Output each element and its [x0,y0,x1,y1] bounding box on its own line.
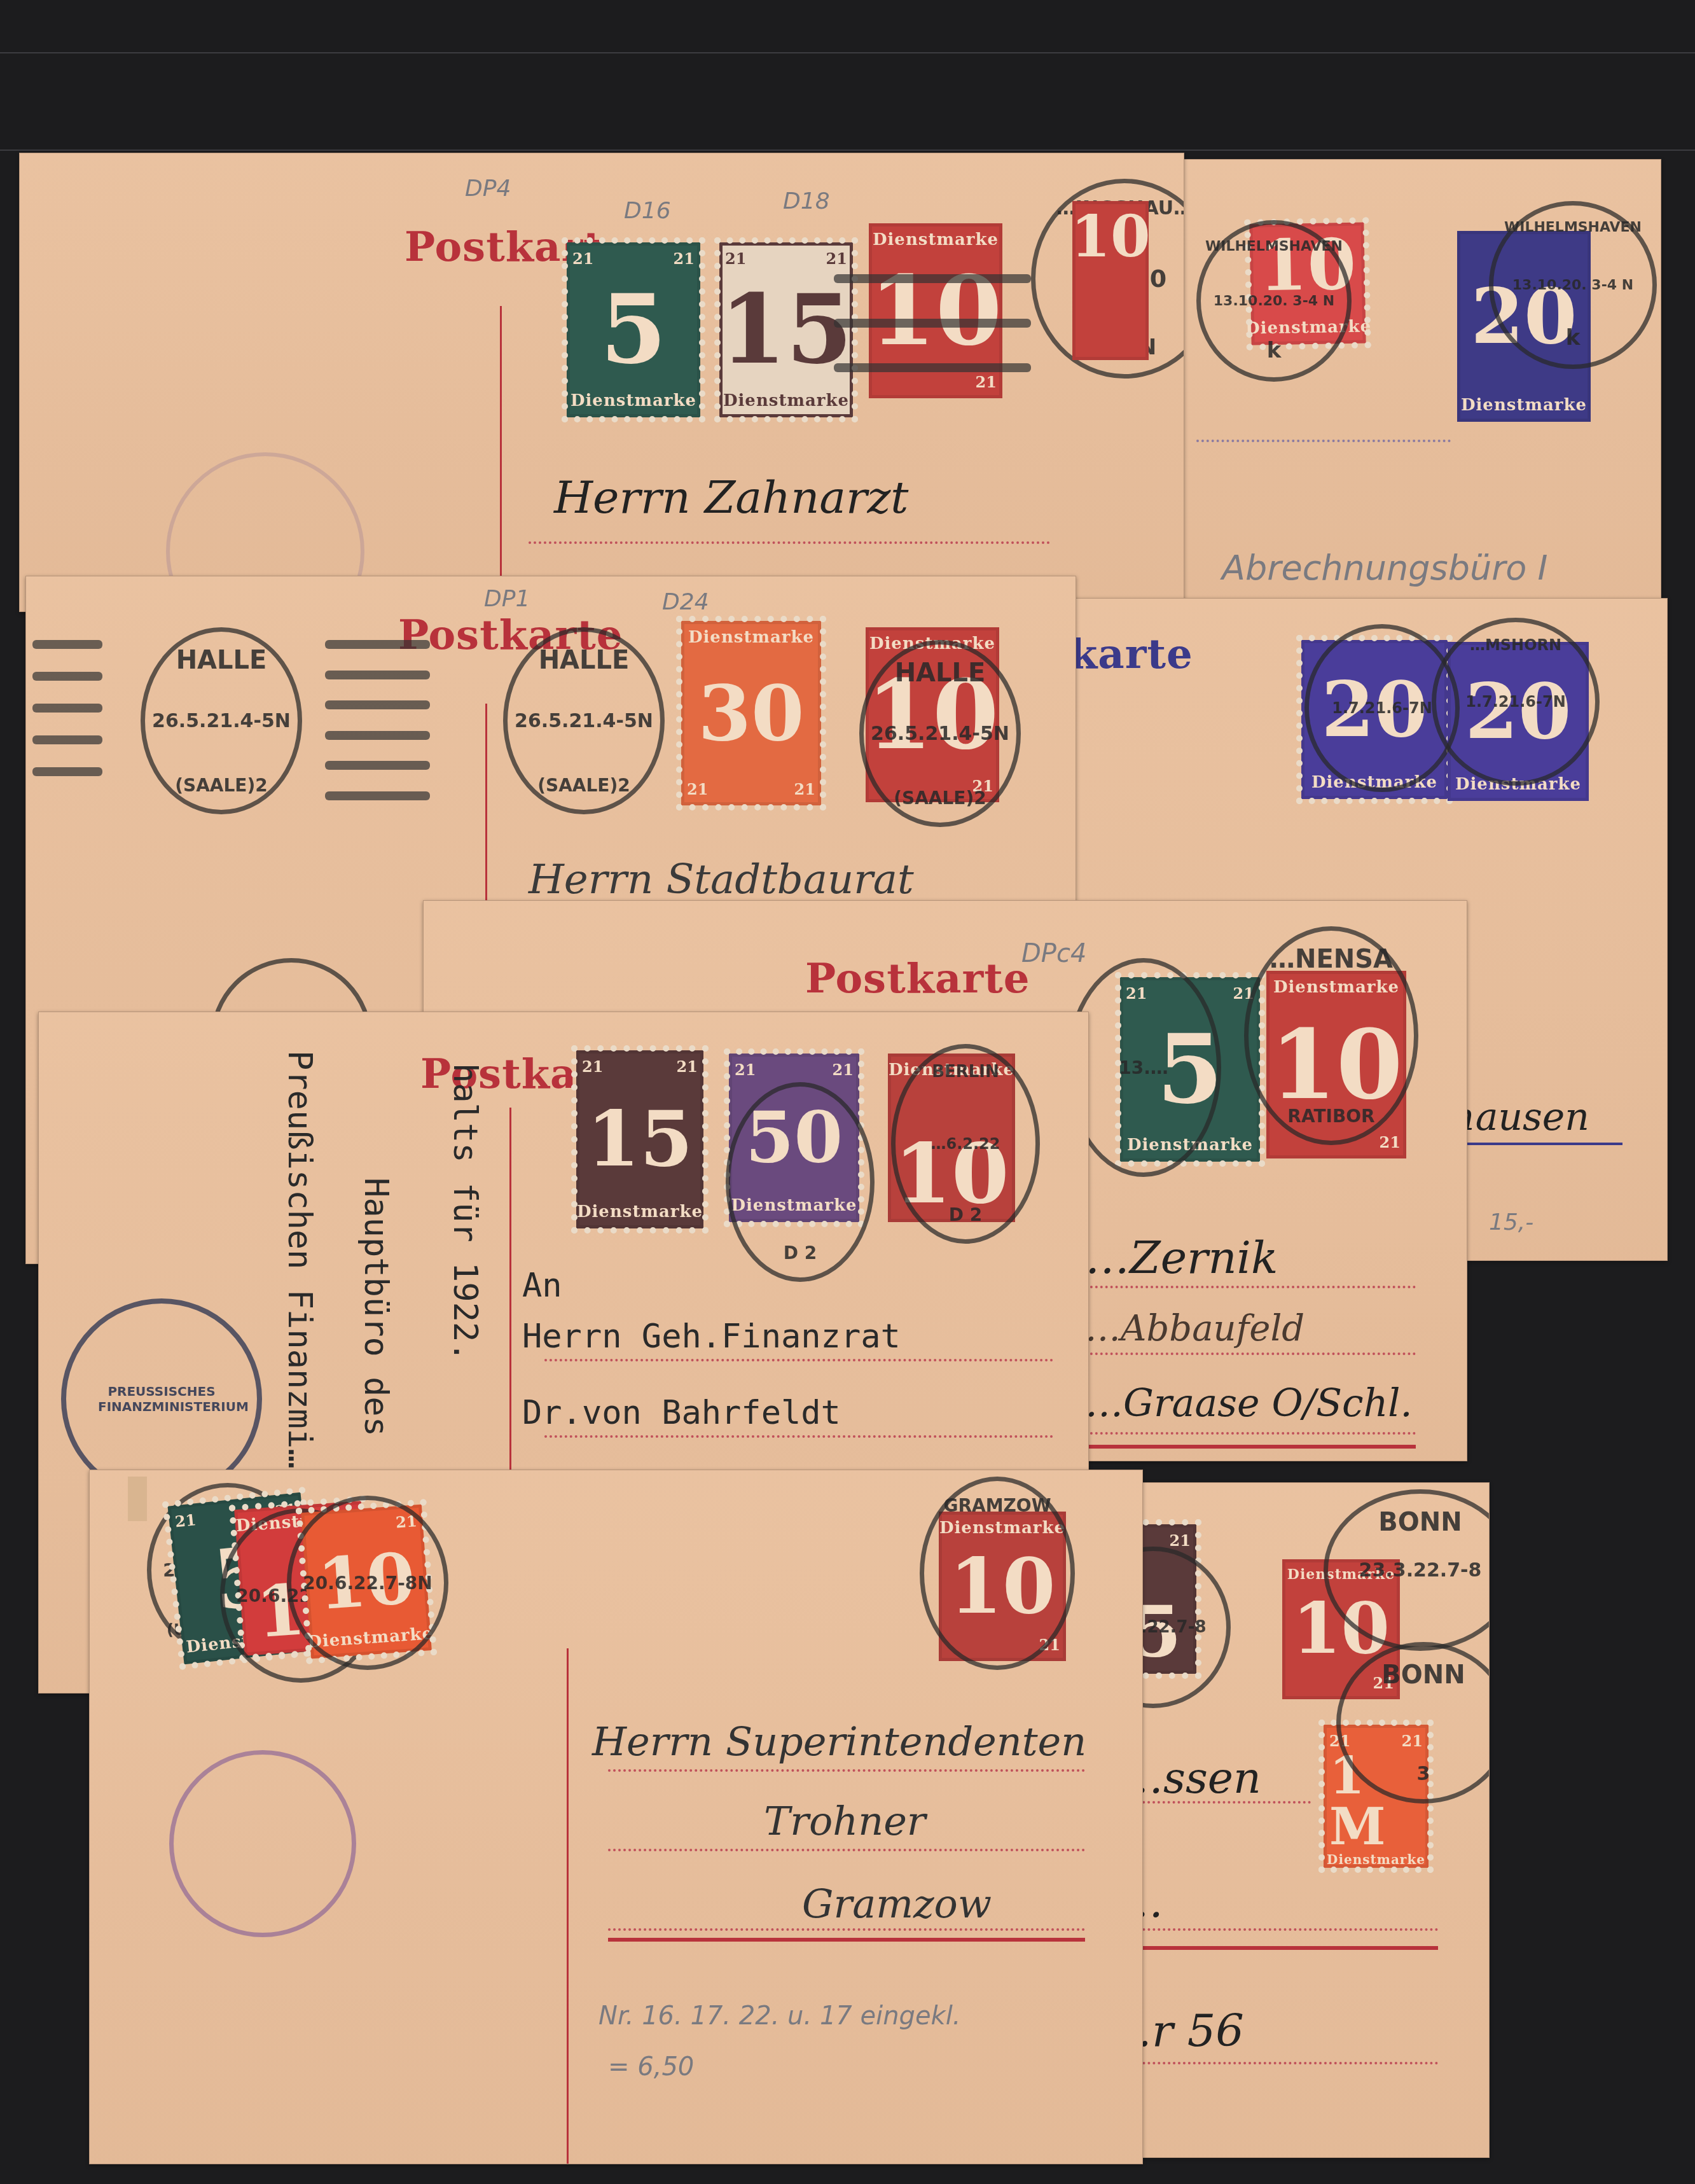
machine-cancel-wave [32,640,102,649]
typed-sender-line: halts für 1922. [446,1063,484,1362]
hinge-remnant [128,1477,147,1521]
typed-address-name: Herrn Geh.Finanzrat [522,1318,901,1356]
postmark-ratibor: …NENSA RATIBOR [1244,926,1418,1145]
pencil-note: D16 [624,198,671,224]
postmark-halle: HALLE 26.5.21.4-5N (SAALE)2 [859,640,1021,827]
postcard-gramzow: GRAMZOW 20.6.22.7-8N (UCKERMARK) 2121 5 … [89,1470,1143,2164]
machine-cancel-wave [325,671,430,679]
pencil-note: D18 [783,188,830,214]
machine-cancel-wave [325,791,430,800]
address-line [1196,440,1451,442]
machine-cancel-wave [834,363,1031,372]
pencil-note: = 6,50 [608,2052,694,2082]
address-line [544,1435,1053,1438]
postkarte-imprint: Postkarte [805,955,1030,1003]
album-sleeve-line [0,52,1695,53]
violet-official-seal: violet official seal [169,1750,356,1937]
machine-cancel-wave [834,274,1031,283]
machine-cancel-wave [32,672,102,681]
stamp-15-dienstmarke: 2121 15 Dienstmarke [576,1050,703,1228]
handwritten-address: Herrn Zahnarzt [554,471,908,524]
handwritten-address: …Abbaufeld [1085,1308,1304,1349]
postmark-wilhelmshaven-2: WILHELMSHAVEN 13.10.20. 3-4 N k [1489,201,1657,369]
pencil-note: DP4 [465,176,511,202]
machine-cancel-wave [32,767,102,776]
address-line [608,1769,1085,1772]
machine-cancel-wave [325,731,430,740]
address-line [1085,1353,1416,1355]
divider-line [500,306,502,611]
machine-cancel-wave [325,640,430,649]
handwritten-address: Herrn Superintendenten [592,1718,1086,1765]
address-line [608,1849,1085,1851]
address-line [1085,1286,1416,1288]
postmark-gramzow-3: 20.6.22.7-8N [287,1496,448,1670]
album-sleeve-line [0,150,1695,151]
handwritten-address: Trohner [764,1798,926,1844]
stamp-5-dienstmarke: 2121 5 Dienstmarke [567,242,700,417]
postcard-wilhelmshaven: 10 Dienstmarke 20 Dienstmarke WILHELMSHA… [1183,159,1661,606]
divider-line [567,1648,569,2164]
handwritten-address: …Zernik [1085,1232,1278,1284]
postmark-wilhelmshaven: WILHELMSHAVEN 13.10.20. 3-4 N k [1196,220,1352,382]
address-line [529,541,1050,544]
address-line [1107,1928,1438,1931]
pencil-note: Nr. 16. 17. 22. u. 17 eingekl. [598,2001,961,2031]
machine-cancel-wave [32,704,102,713]
postmark-berlin: D 2 [726,1082,875,1282]
typed-address-an: An [522,1267,562,1305]
postmark-berlin-2: BERLIN …6.2.22 D 2 [891,1044,1040,1244]
postmark-halle: HALLE 26.5.21.4-5N (SAALE)2 [503,627,665,814]
underline [608,1938,1085,1942]
address-line [544,1359,1053,1361]
postmark-halle: HALLE 26.5.21.4-5N (SAALE)2 [141,627,302,814]
address-line [1085,1432,1416,1435]
postcard-1: DP4 D16 D18 Postkart 2121 5 Dienstmarke … [19,153,1184,612]
handwritten-address: Herrn Stadtbaurat [529,856,914,903]
machine-cancel-wave [325,700,430,709]
pencil-note: DP1 [484,586,530,612]
handwritten-address: Gramzow [802,1881,992,1927]
stamp-10-dienstmarke-second-card: 10 [1072,201,1149,360]
typed-address-recipient: Dr.von Bahrfeldt [522,1394,841,1432]
postmark-gramzow-4: GRAMZOW [920,1477,1075,1670]
address-line [1107,2062,1438,2064]
stamp-15-dienstmarke: 2121 15 Dienstmarke [719,242,853,417]
pencil-note: DPc4 [1021,939,1086,968]
machine-cancel-wave [325,761,430,770]
handwritten-address: …Graase O/Schl. [1085,1381,1413,1426]
postkarte-imprint: karte [1069,630,1193,678]
typed-sender-line: Preußischen Finanzmi… [280,1050,319,1468]
pencil-note: D24 [662,589,709,615]
stamp-30-dienstmarke: Dienstmarke 30 2121 [681,621,821,805]
postmark-ratibor-2: 13.… [1066,958,1221,1177]
typed-sender-line: Hauptbüro des [357,1178,395,1436]
machine-cancel-wave [32,735,102,744]
address-line [608,1928,1085,1931]
machine-cancel-wave [834,319,1031,328]
underline [1107,1946,1438,1950]
underline [1085,1445,1416,1449]
postmark: …MSHORN 1.7.21.6-7N [1432,618,1600,786]
pencil-address: Abrechnungsbüro I [1222,548,1547,588]
pencil-note: 15,- [1489,1209,1533,1235]
